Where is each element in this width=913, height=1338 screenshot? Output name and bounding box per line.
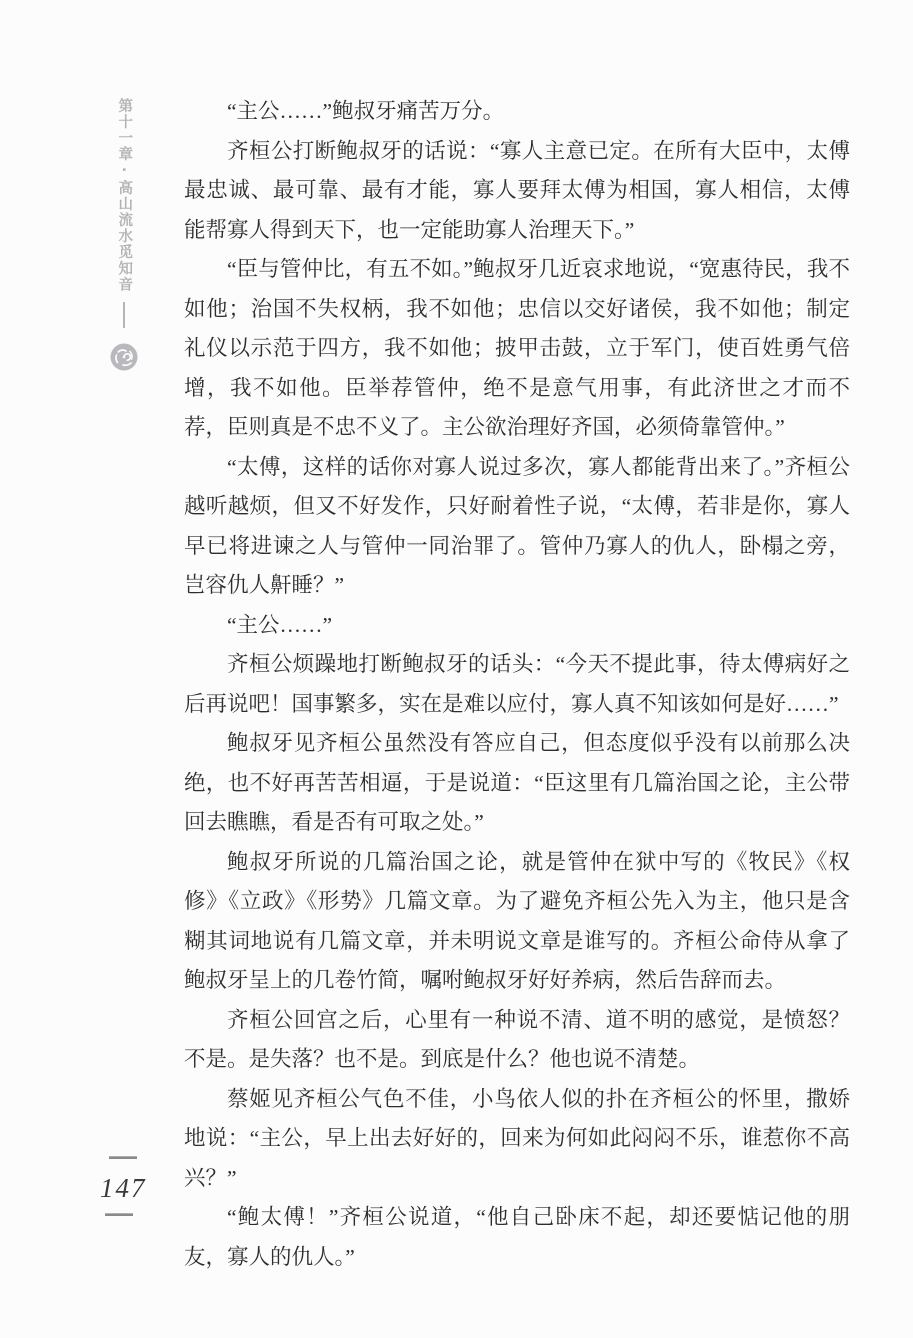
- footer-rule-bottom: [105, 1213, 133, 1216]
- footer-rule-top: [109, 1156, 137, 1159]
- paragraph: “鲍太傅！”齐桓公说道，“他自己卧床不起，却还要惦记他的朋友，寡人的仇人。”: [184, 1198, 850, 1277]
- paragraph: 鲍叔牙所说的几篇治国之论，就是管仲在狱中写的《牧民》《权修》《立政》《形势》几篇…: [184, 843, 850, 1001]
- page-number: 147: [100, 1173, 152, 1204]
- paragraph: “主公……”: [184, 606, 850, 646]
- paragraph: “主公……”鲍叔牙痛苦万分。: [184, 92, 850, 132]
- paragraph: “臣与管仲比，有五不如。”鲍叔牙几近哀求地说，“宽惠待民，我不如他；治国不失权柄…: [184, 250, 850, 448]
- book-page: 第十一章·高山流水觅知音 “主公……”鲍叔牙痛苦万分。齐桓公打断鲍叔牙的话说：“…: [0, 0, 913, 1338]
- paragraph: 齐桓公回宫之后，心里有一种说不清、道不明的感觉，是愤怒？不是。是失落？也不是。到…: [184, 1001, 850, 1080]
- chapter-title-vertical: 第十一章·高山流水觅知音: [117, 98, 132, 293]
- paragraph: 齐桓公打断鲍叔牙的话说：“寡人主意已定。在所有大臣中，太傅最忠诚、最可靠、最有才…: [184, 132, 850, 251]
- paragraph: 鲍叔牙见齐桓公虽然没有答应自己，但态度似乎没有以前那么决绝，也不好再苦苦相逼，于…: [184, 724, 850, 843]
- swirl-seal-icon: [109, 342, 139, 372]
- paragraph: 蔡姬见齐桓公气色不佳，小鸟依人似的扑在齐桓公的怀里，撒娇地说：“主公，早上出去好…: [184, 1080, 850, 1199]
- page-footer: 147: [96, 1156, 152, 1216]
- paragraph: “太傅，这样的话你对寡人说过多次，寡人都能背出来了。”齐桓公越听越烦，但又不好发…: [184, 448, 850, 606]
- paragraph: 齐桓公烦躁地打断鲍叔牙的话头：“今天不提此事，待太傅病好之后再说吧！国事繁多，实…: [184, 645, 850, 724]
- page-body: “主公……”鲍叔牙痛苦万分。齐桓公打断鲍叔牙的话说：“寡人主意已定。在所有大臣中…: [184, 92, 850, 1277]
- sidebar-dash: [123, 302, 125, 328]
- chapter-sidebar: 第十一章·高山流水觅知音: [103, 98, 145, 372]
